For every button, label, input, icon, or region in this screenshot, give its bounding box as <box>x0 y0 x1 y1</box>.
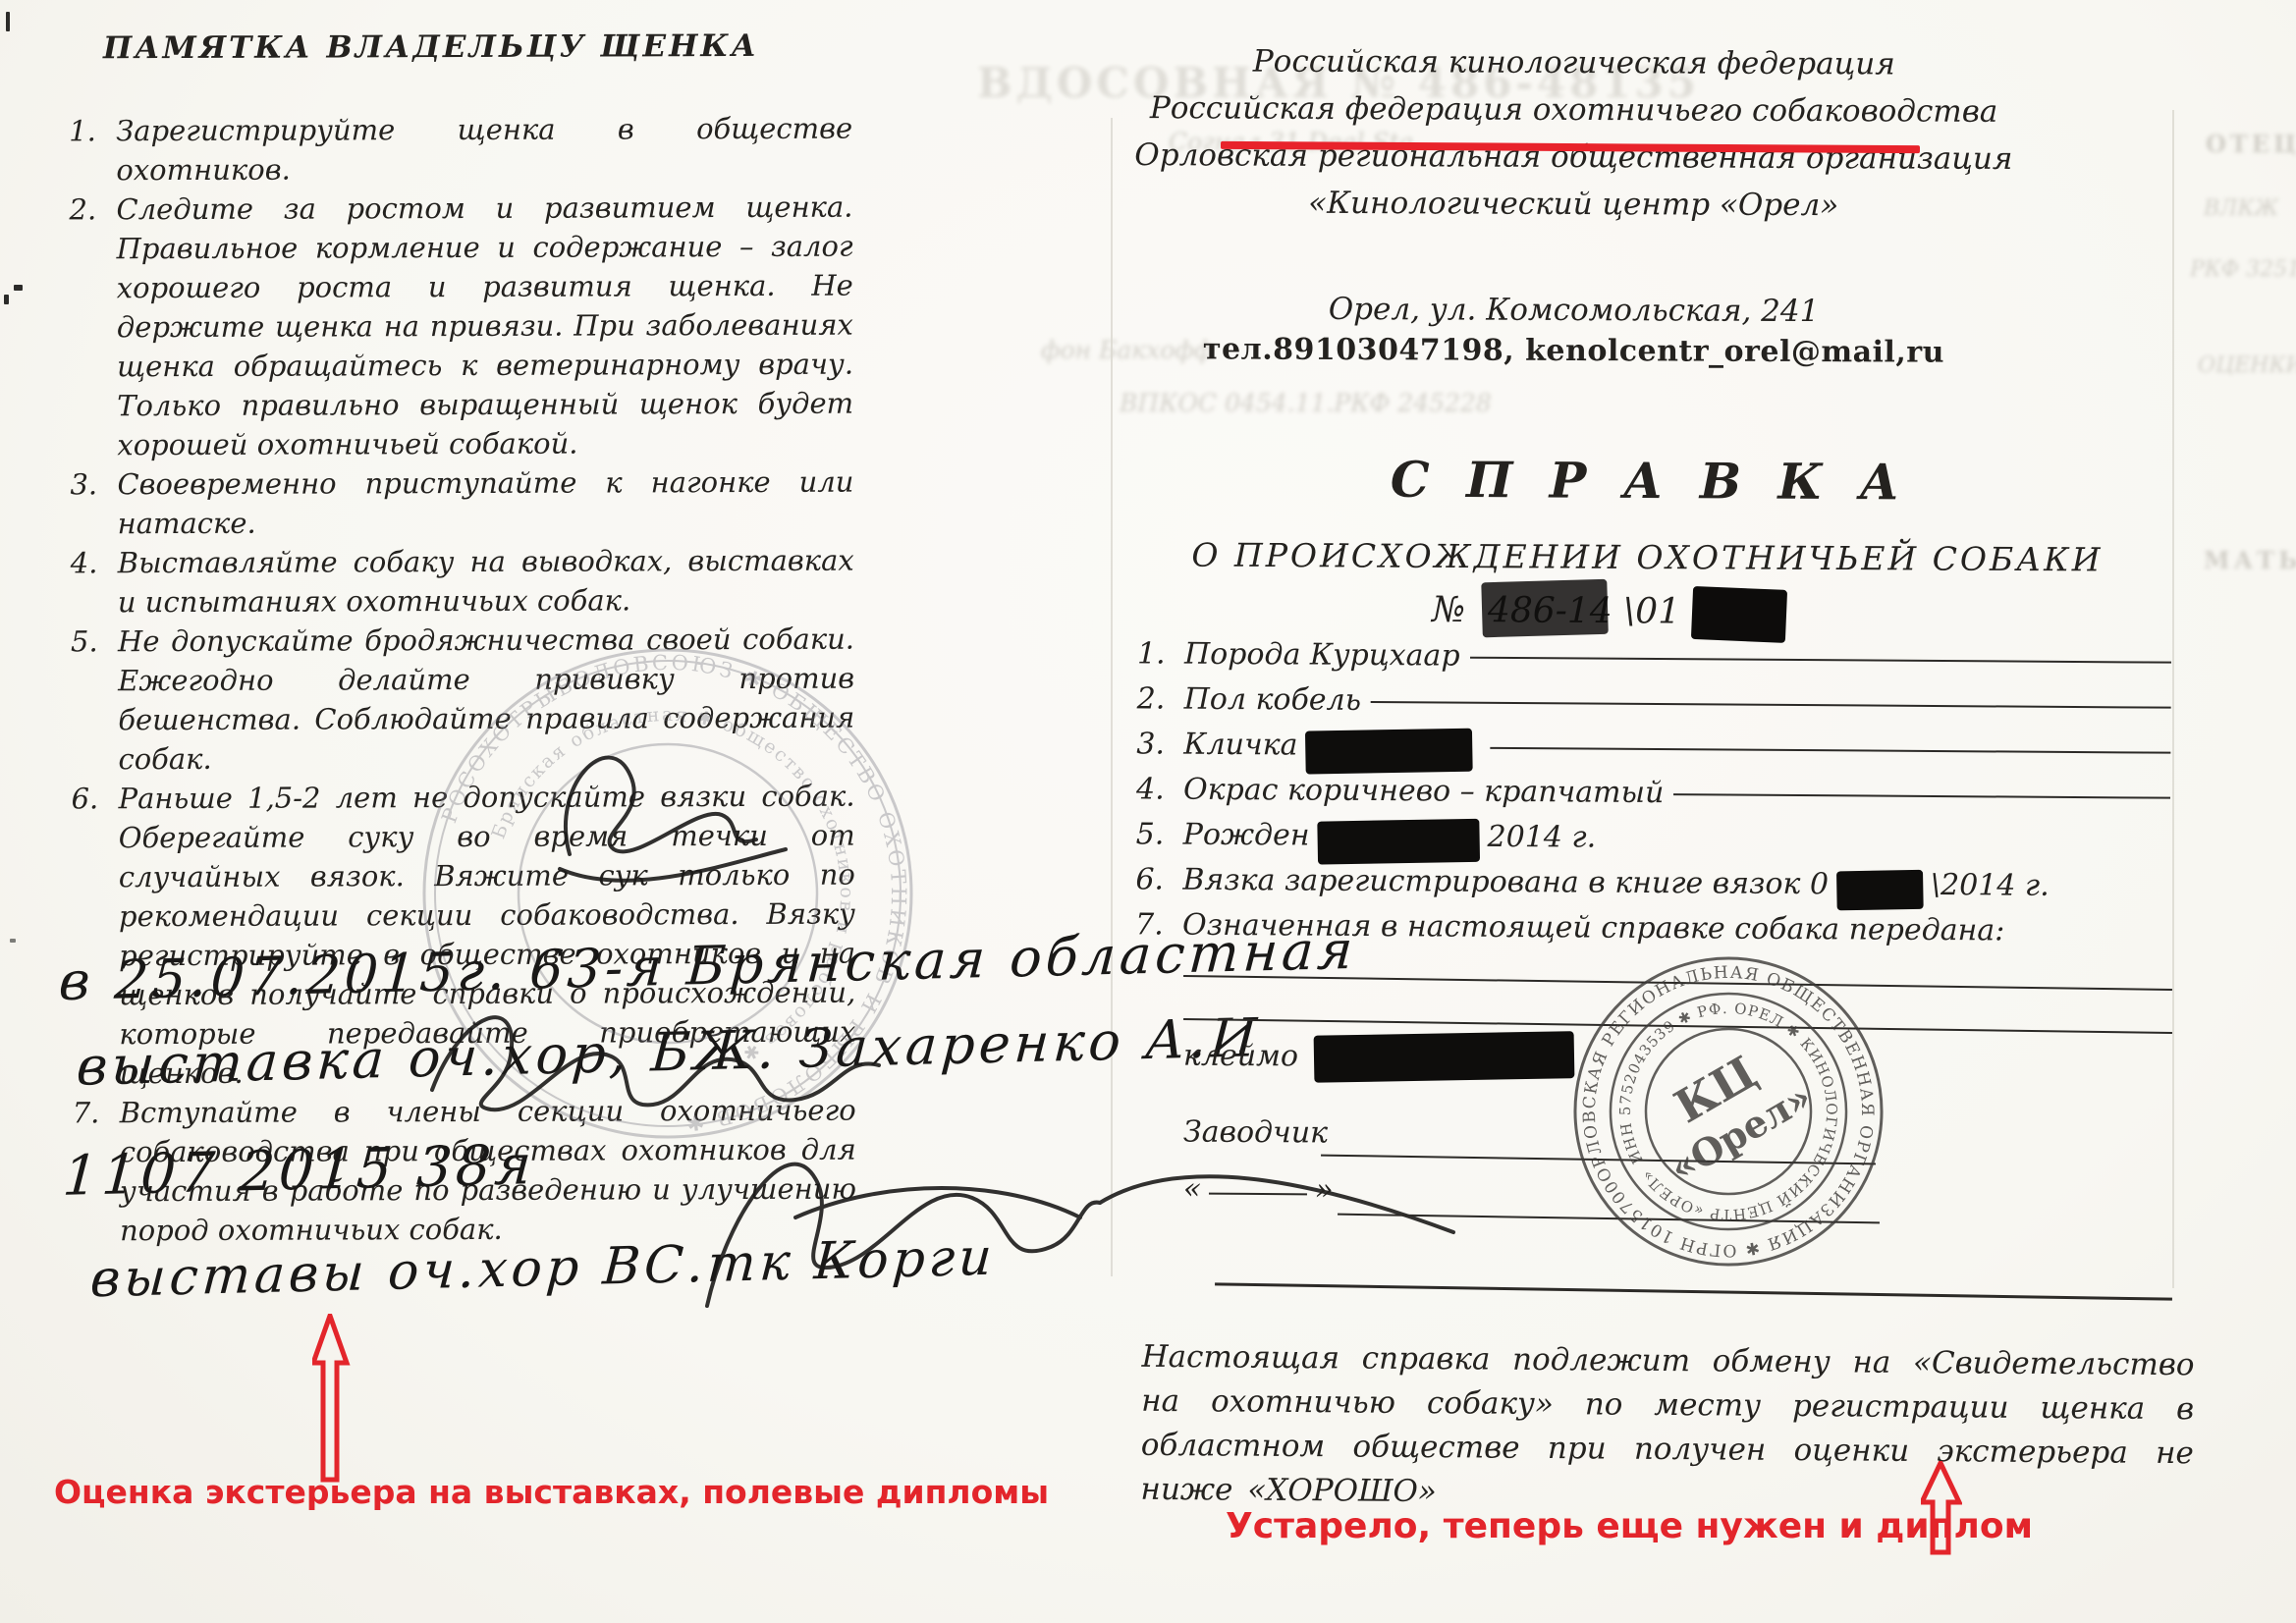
memo-item-text: Зарегистрируйте щенка в обществе охотник… <box>116 109 852 190</box>
field-number: 3. <box>1136 727 1183 761</box>
annotation-exterior-rating: Оценка экстерьера на выставках, полевые … <box>54 1473 1049 1511</box>
field-breeder: Заводчик <box>1183 1114 1328 1150</box>
number-part2: \01 <box>1623 591 1680 631</box>
field-color: 4. Окрас коричнево – крапчатый <box>1136 772 2170 824</box>
field-date: «» <box>1183 1171 1334 1207</box>
redaction-blot <box>1836 870 1924 911</box>
annotation-outdated: Устарело, теперь еще нужен и диплом <box>1226 1506 2033 1546</box>
field-number: 7. <box>1135 907 1182 942</box>
signature-stroke <box>707 1164 1100 1306</box>
memo-item-number: 2. <box>69 189 117 464</box>
field-number: 5. <box>1136 817 1183 851</box>
kc-orel-stamp: ОРЛОВСКАЯ РЕГИОНАЛЬНАЯ ОБЩЕСТВЕННАЯ ОРГА… <box>1542 925 1915 1298</box>
certificate-footer-note: Настоящая справка подлежит обмену на «Св… <box>1140 1335 2194 1520</box>
field-text: Пол кобель <box>1184 682 1362 718</box>
field-text: Вязка зарегистрирована в книге вязок 0 <box>1182 863 1829 902</box>
ghost-text: ОЦЕНКИ <box>2198 353 2296 378</box>
blank-line <box>1673 793 2170 799</box>
org-line-rkf: Российская кинологическая федерация <box>1129 37 2018 88</box>
memo-item-number: 4. <box>71 543 118 622</box>
signature-stroke <box>432 1017 879 1109</box>
certificate-fields: 1. Порода Курцхаар 2. Пол кобель 3. Клич… <box>1135 636 2171 959</box>
memo-item-text: Выставляйте собаку на выводках, выставка… <box>118 541 854 622</box>
field-sex: 2. Пол кобель <box>1136 681 2170 733</box>
number-part1: 486-14 <box>1488 590 1623 631</box>
ghost-text: ВПКОС 0454.11.РКФ 245228 <box>1120 389 1492 417</box>
ghost-table-line <box>2172 110 2174 1288</box>
number-sign: № <box>1432 590 1465 630</box>
memo-item-text: Своевременно приступайте к нагонке или н… <box>117 462 853 544</box>
redaction-blot <box>1481 579 1609 638</box>
memo-item: 1. Зарегистрируйте щенка в обществе охот… <box>69 109 852 190</box>
field-name: 3. Кличка <box>1136 727 2170 779</box>
field-mating: 6. Вязка зарегистрирована в книге вязок … <box>1135 862 2169 914</box>
blank-line <box>1371 701 2171 709</box>
signature-stroke <box>560 849 786 881</box>
field-number: 6. <box>1135 862 1182 896</box>
blank-line <box>1490 747 2170 754</box>
redaction-blot <box>1305 729 1473 775</box>
field-text: 2014 г. <box>1487 820 1596 855</box>
certificate-subtitle: О ПРОИСХОЖДЕНИИ ОХОТНИЧЬЕЙ СОБАКИ <box>1169 535 2126 578</box>
scan-artifact <box>4 295 9 304</box>
memo-item-number: 5. <box>71 622 119 779</box>
memo-item: 4. Выставляйте собаку на выводках, выста… <box>71 541 854 622</box>
certificate-number: № 486-14 \01 <box>1432 586 1786 642</box>
blank-line <box>1470 657 2171 664</box>
scan-artifact <box>14 285 23 291</box>
org-line-regional: Орловская региональная общественная орга… <box>1129 132 2018 183</box>
red-up-arrow-left <box>312 1314 352 1483</box>
signature-stroke <box>566 758 756 854</box>
org-line-rfos: Российская федерация охотничьего собаков… <box>1129 84 2018 135</box>
redaction-blot <box>1690 586 1786 643</box>
org-address: Орел, ул. Комсомольская, 241 <box>1129 289 2018 332</box>
certificate-title: С П Р А В К А <box>1183 450 2116 513</box>
org-contact: тел.89103047198, kenolcentr_orel@mail,ru <box>1129 328 2018 375</box>
field-born: 5. Рожден 2014 г. <box>1136 817 2170 869</box>
field-text: клеймо <box>1183 1038 1298 1073</box>
org-address-block: Орел, ул. Комсомольская, 241 тел.8910304… <box>1129 289 2018 375</box>
field-text: Окрас коричнево – крапчатый <box>1183 773 1665 810</box>
signature-stroke <box>795 1188 1080 1217</box>
memo-item-number: 1. <box>69 111 116 189</box>
ghost-text: ВЛКЖ <box>2204 196 2278 221</box>
redaction-blot <box>1314 1031 1575 1083</box>
field-breed: 1. Порода Курцхаар <box>1137 636 2171 688</box>
field-number: 2. <box>1137 681 1184 716</box>
scan-artifact <box>10 939 16 943</box>
memo-item: 2. Следите за ростом и развитием щенка. … <box>69 188 853 465</box>
blank-line <box>1209 1193 1307 1196</box>
quote-open: « <box>1183 1171 1202 1206</box>
field-text: \2014 г. <box>1931 868 2050 903</box>
ghost-text: РКФ 325176 <box>2190 257 2296 282</box>
ghost-text: ОТЕЦ <box>2206 130 2296 158</box>
field-text: Рожден <box>1183 818 1310 853</box>
redaction-blot <box>1317 819 1480 865</box>
memo-item-number: 3. <box>70 464 117 543</box>
org-line-center: «Кинологический центр «Орел» <box>1129 179 2018 230</box>
field-number: 4. <box>1136 772 1183 806</box>
scanned-certificate-page: ВДОСОВНАЯ № 486-48135 Согнал 31 Deal Sta… <box>0 0 2296 1623</box>
field-text: Кличка <box>1183 728 1297 763</box>
field-number: 1. <box>1137 636 1184 671</box>
memo-item-text: Следите за ростом и развитием щенка. Пра… <box>116 188 853 465</box>
memo-title: ПАМЯТКА ВЛАДЕЛЬЦУ ЩЕНКА <box>69 28 793 67</box>
quote-close: » <box>1315 1172 1334 1207</box>
field-text: Порода Курцхаар <box>1184 637 1460 674</box>
scan-artifact <box>6 12 10 31</box>
ghost-text: МАТЬ <box>2204 546 2296 574</box>
field-tattoo: клеймо <box>1183 1032 1582 1082</box>
org-header: Российская кинологическая федерация Росс… <box>1129 37 2019 230</box>
memo-item: 3. Своевременно приступайте к нагонке ил… <box>70 462 853 544</box>
